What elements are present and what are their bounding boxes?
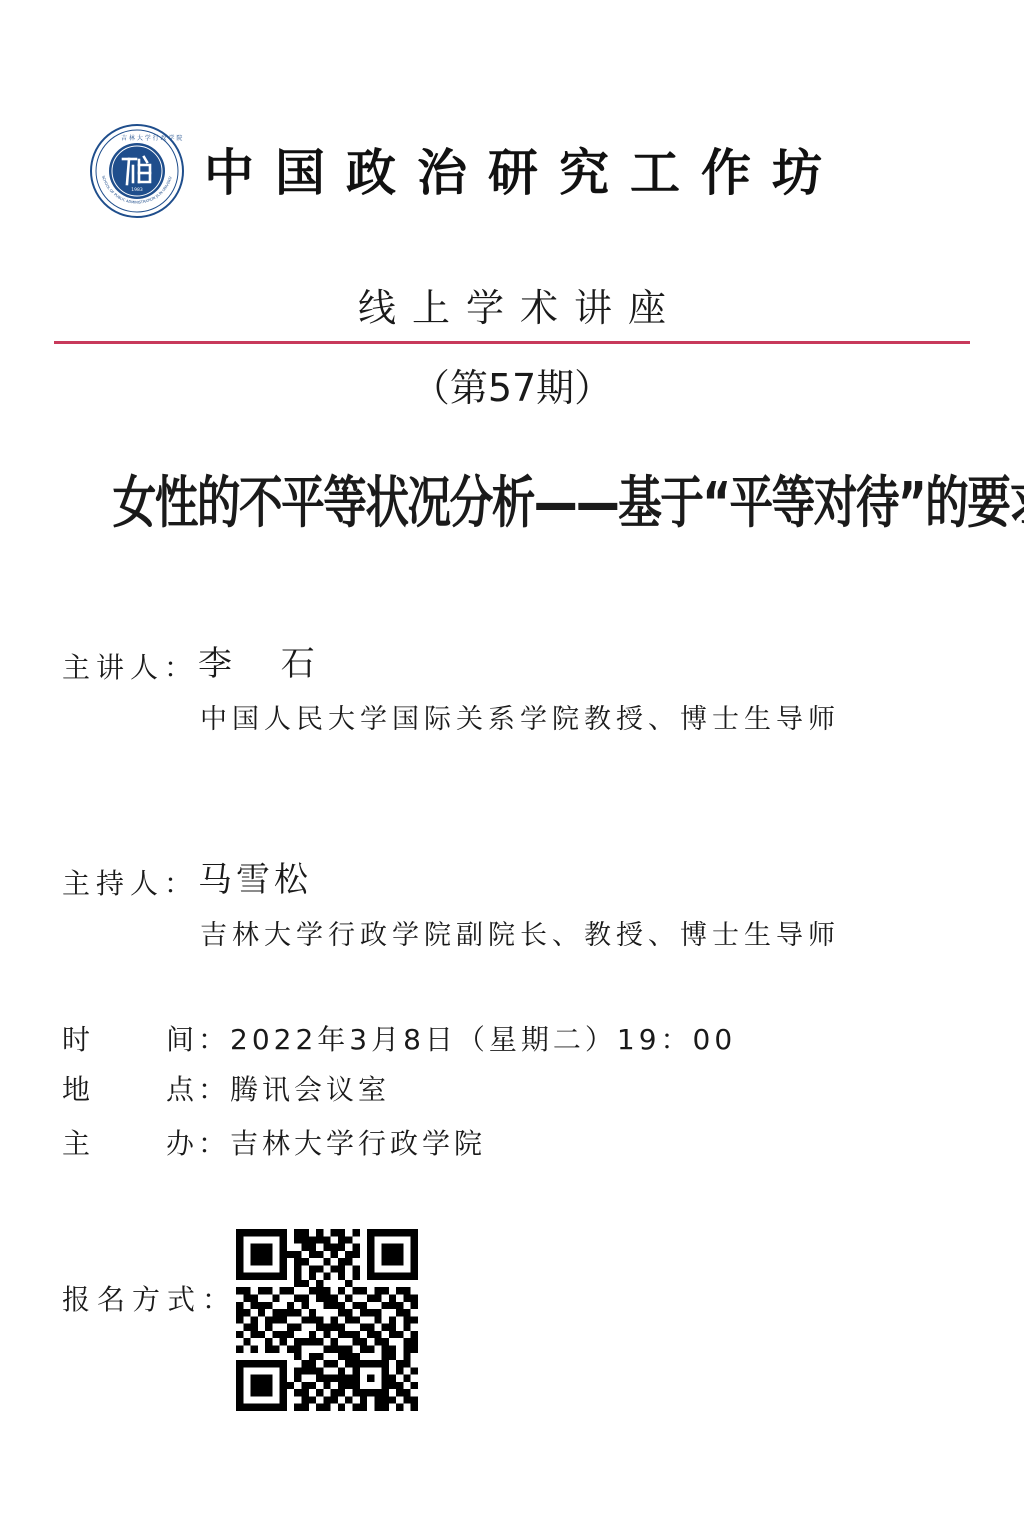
svg-text:1983: 1983 [131, 187, 143, 193]
lecture-title: 女性的不平等状况分析——基于“平等对待”的要求 [113, 466, 912, 542]
detail-organizer-key1: 主 [62, 1124, 166, 1164]
host-label: 主持人： [62, 864, 198, 904]
host-name: 马雪松 [198, 858, 312, 902]
signup-label: 报名方式： [62, 1280, 237, 1320]
speaker-name: 李 石 [198, 642, 319, 686]
detail-time-key1: 时 [62, 1020, 166, 1060]
detail-place-key1: 地 [62, 1070, 166, 1110]
detail-time-key2: 间： [166, 1023, 230, 1056]
detail-place: 地点：腾讯会议室 [62, 1070, 390, 1110]
detail-time-value: 2022年3月8日（星期二）19：00 [230, 1023, 736, 1056]
detail-organizer-value: 吉林大学行政学院 [230, 1127, 486, 1160]
detail-place-key2: 点： [166, 1073, 230, 1106]
host-affiliation: 吉林大学行政学院副院长、教授、博士生导师 [200, 916, 840, 956]
detail-time: 时间：2022年3月8日（星期二）19：00 [62, 1020, 736, 1060]
detail-organizer: 主办：吉林大学行政学院 [62, 1124, 486, 1164]
series-title: 线上学术讲座 [0, 280, 1024, 336]
university-seal-icon: 1983 吉 林 大 学 行 政 学 院 SCHOOL OF PUBLIC AD… [90, 124, 184, 218]
detail-organizer-key2: 办： [166, 1127, 230, 1160]
speaker-label: 主讲人： [62, 648, 198, 688]
detail-place-value: 腾讯会议室 [230, 1073, 390, 1106]
speaker-affiliation: 中国人民大学国际关系学院教授、博士生导师 [200, 700, 840, 740]
org-title: 中国政治研究工作坊 [204, 138, 843, 208]
issue-number: （第57期） [0, 362, 1024, 414]
divider [54, 341, 970, 344]
svg-text:吉 林 大 学 行 政 学 院: 吉 林 大 学 行 政 学 院 [121, 134, 182, 142]
qr-code-icon[interactable] [236, 1229, 418, 1411]
